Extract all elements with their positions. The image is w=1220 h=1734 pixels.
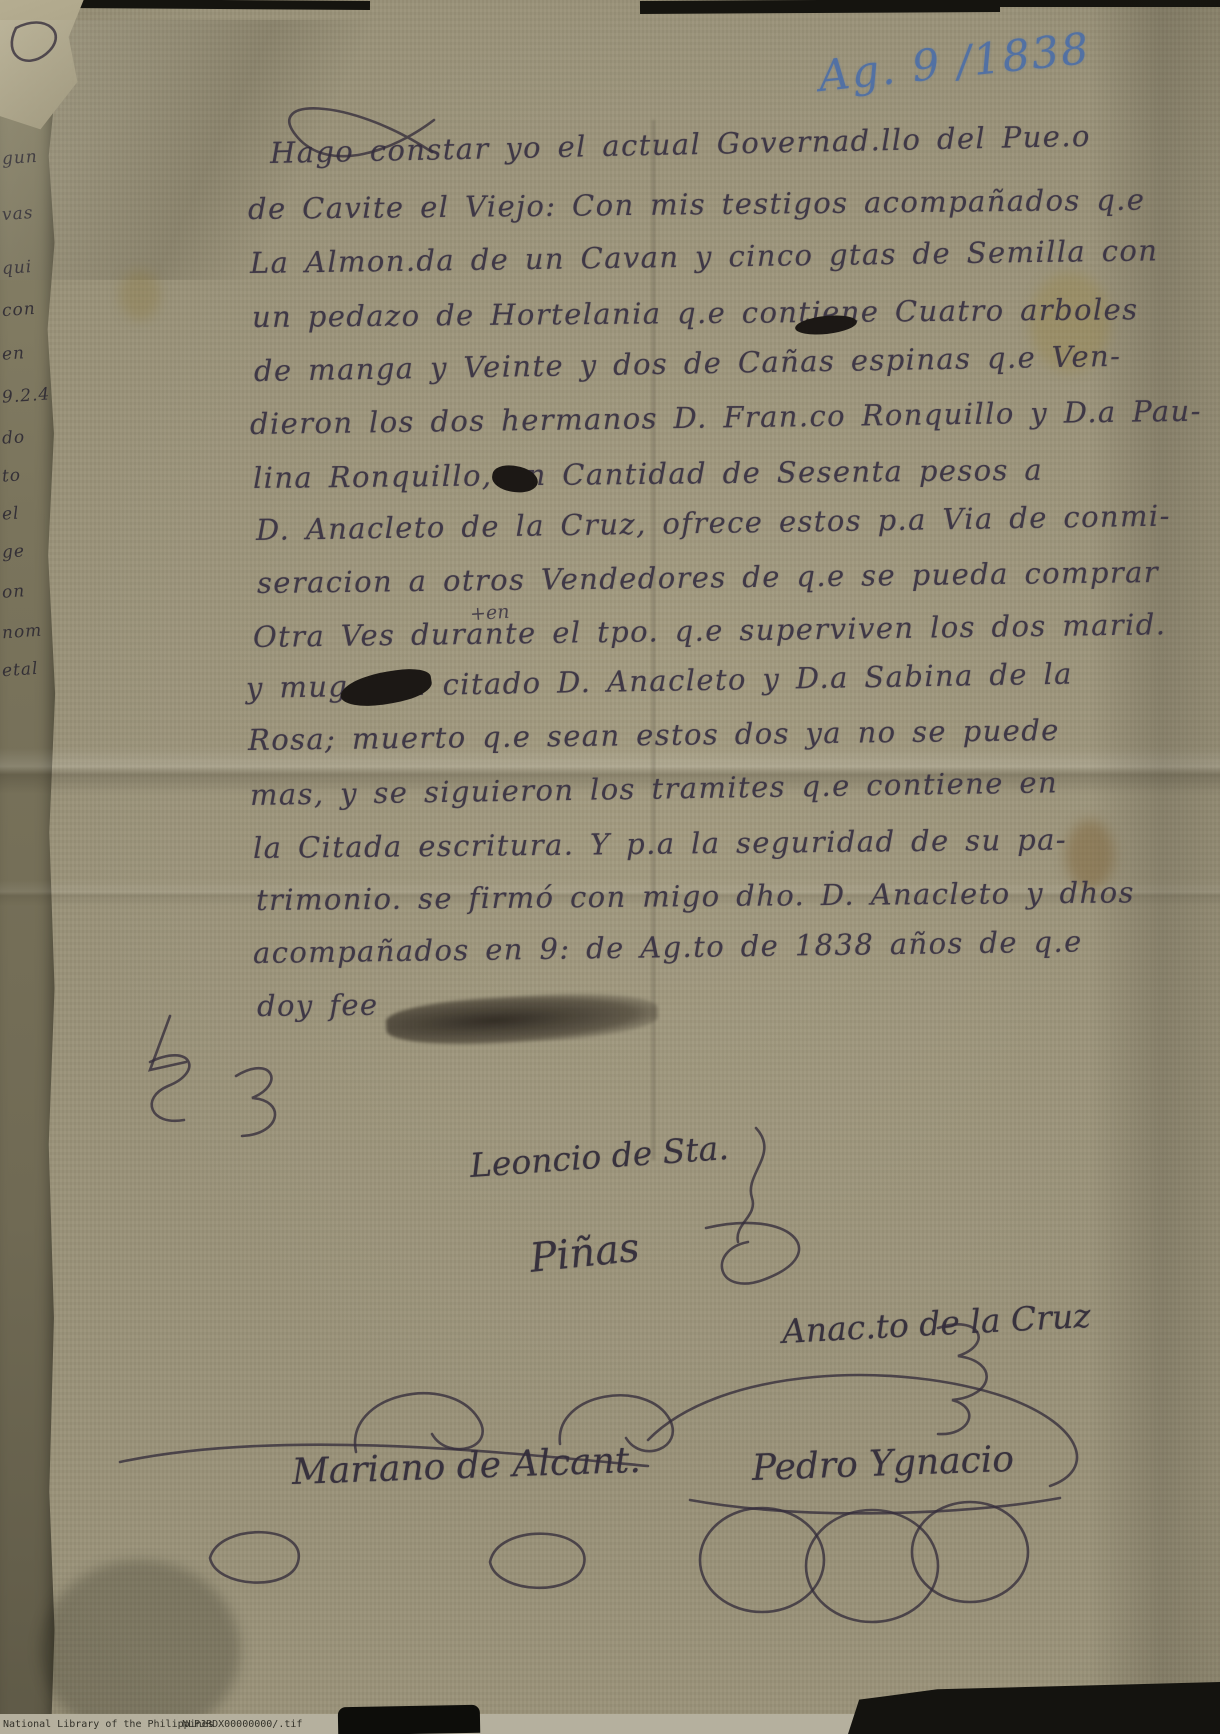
manuscript-line: acompañados en 9: de Ag.to de 1838 años … <box>253 924 1083 970</box>
manuscript-line: Hago constar yo el actual Governad.llo d… <box>270 119 1091 170</box>
page-scan: gun vas qui con en 9.2.4 do to el ge on … <box>0 0 1220 1734</box>
manuscript-line: de Cavite el Viejo: Con mis testigos aco… <box>248 183 1146 226</box>
strip-fragment: ge <box>1 541 25 563</box>
manuscript-line: lina Ronquillo, en Cantidad de Sesenta p… <box>253 453 1043 495</box>
signature-leoncio: Leoncio de Sta. <box>469 1128 730 1185</box>
manuscript-line: de manga y Veinte y dos de Cañas espinas… <box>254 339 1122 388</box>
file-code-caption: NLPJRDX00000000/.tif <box>182 1719 302 1730</box>
bookmark-tab <box>338 1705 480 1734</box>
signature-pedro: Pedro Ygnacio <box>751 1439 1014 1489</box>
strip-fragment: on <box>1 581 26 603</box>
manuscript-line: un pedazo de Hortelania q.e contiene Cua… <box>252 292 1139 334</box>
signature-mariano: Mariano de Alcant. <box>291 1440 641 1493</box>
strip-fragment: do <box>1 427 25 449</box>
signature-anacleto: Anac.to de la Cruz <box>781 1296 1092 1351</box>
strip-fragment: nom <box>1 621 43 644</box>
torn-edge-top-center <box>640 0 1000 14</box>
paper-stain <box>120 270 160 320</box>
strip-fragment: en <box>1 343 25 365</box>
torn-edge-top-left <box>70 0 370 10</box>
manuscript-line: seracion a otros Vendedores de q.e se pu… <box>257 555 1159 600</box>
strip-fragment: con <box>1 299 36 321</box>
interlineation-mark: +en <box>469 601 510 626</box>
strip-fragment: 9.2.4 <box>1 384 51 407</box>
manuscript-line: trimonio. se firmó con migo dho. D. Anac… <box>256 875 1135 917</box>
manuscript-line: Otra Ves durante el tpo. q.e superviven … <box>253 607 1167 654</box>
paper-stain <box>40 1560 240 1734</box>
manuscript-line: doy fee <box>257 988 379 1023</box>
scanner-background <box>848 1682 1220 1734</box>
signature-pinas: Piñas <box>528 1225 642 1282</box>
manuscript-line: D. Anacleto de la Cruz, ofrece estos p.a… <box>256 499 1171 547</box>
manuscript-line: la Citada escritura. Y p.a la seguridad … <box>253 822 1067 865</box>
ink-smudge <box>385 989 659 1049</box>
archival-date-annotation: Ag. 9 /1838 <box>816 24 1093 102</box>
manuscript-line: La Almon.da de un Cavan y cinco gtas de … <box>250 233 1159 280</box>
strip-fragment: to <box>1 465 21 486</box>
strip-fragment: etal <box>1 659 39 681</box>
strip-fragment: el <box>1 503 20 524</box>
manuscript-line: dieron los dos hermanos D. Fran.co Ronqu… <box>250 394 1202 441</box>
